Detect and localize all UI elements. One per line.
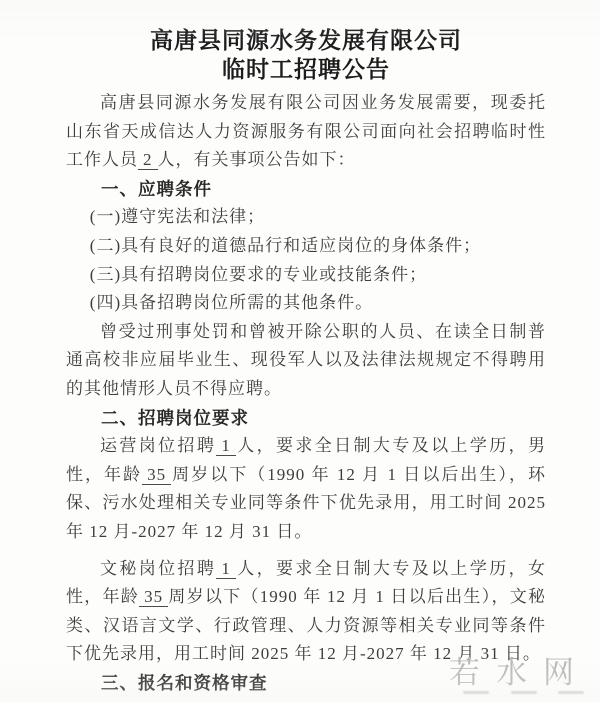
intro-paragraph: 高唐县同源水务发展有限公司因业务发展需要，现委托山东省天成信达人力资源服务有限公… [66, 89, 546, 175]
condition-item-4: (四)具备招聘岗位所需的其他条件。 [66, 289, 546, 318]
job1-age-underlined-number: 35 [142, 465, 171, 485]
job2-headcount-underlined-number: 1 [216, 559, 236, 579]
watermark-text: 若水网 [449, 656, 590, 690]
job2-text-pre: 文秘岗位招聘 [100, 559, 216, 578]
job1-text-pre: 运营岗位招聘 [100, 436, 216, 455]
condition-item-2: (二)具有良好的道德品行和适应岗位的身体条件； [66, 232, 546, 261]
job-paragraph-operations: 运营岗位招聘1人，要求全日制大专及以上学历，男性，年龄35周岁以下（1990 年… [66, 432, 546, 546]
conditions-note-paragraph: 曾受过刑事处罚和曾被开除公职的人员、在读全日制普通高校非应届毕业生、现役军人以及… [66, 318, 546, 404]
title-line-2: 临时工招聘公告 [66, 55, 546, 84]
headcount-underlined-number: 2 [138, 150, 158, 170]
section-1-heading: 一、应聘条件 [66, 175, 546, 204]
job1-headcount-underlined-number: 1 [216, 436, 236, 456]
condition-item-1: (一)遵守宪法和法律； [66, 203, 546, 232]
job2-age-underlined-number: 35 [139, 587, 168, 607]
watermark-subtext-decoration [449, 691, 590, 696]
document-title: 高唐县同源水务发展有限公司 临时工招聘公告 [66, 26, 546, 84]
watermark: 若水网 [449, 656, 590, 696]
condition-item-3: (三)具有招聘岗位要求的专业或技能条件； [66, 261, 546, 290]
intro-text-after-count: 人，有关事项公告如下： [158, 150, 356, 169]
title-line-1: 高唐县同源水务发展有限公司 [66, 26, 546, 55]
job-paragraph-secretary: 文秘岗位招聘1人，要求全日制大专及以上学历，女性，年龄35周岁以下（1990 年… [66, 555, 546, 669]
section-2-heading: 二、招聘岗位要求 [66, 404, 546, 433]
announcement-page: 高唐县同源水务发展有限公司 临时工招聘公告 高唐县同源水务发展有限公司因业务发展… [0, 0, 600, 702]
